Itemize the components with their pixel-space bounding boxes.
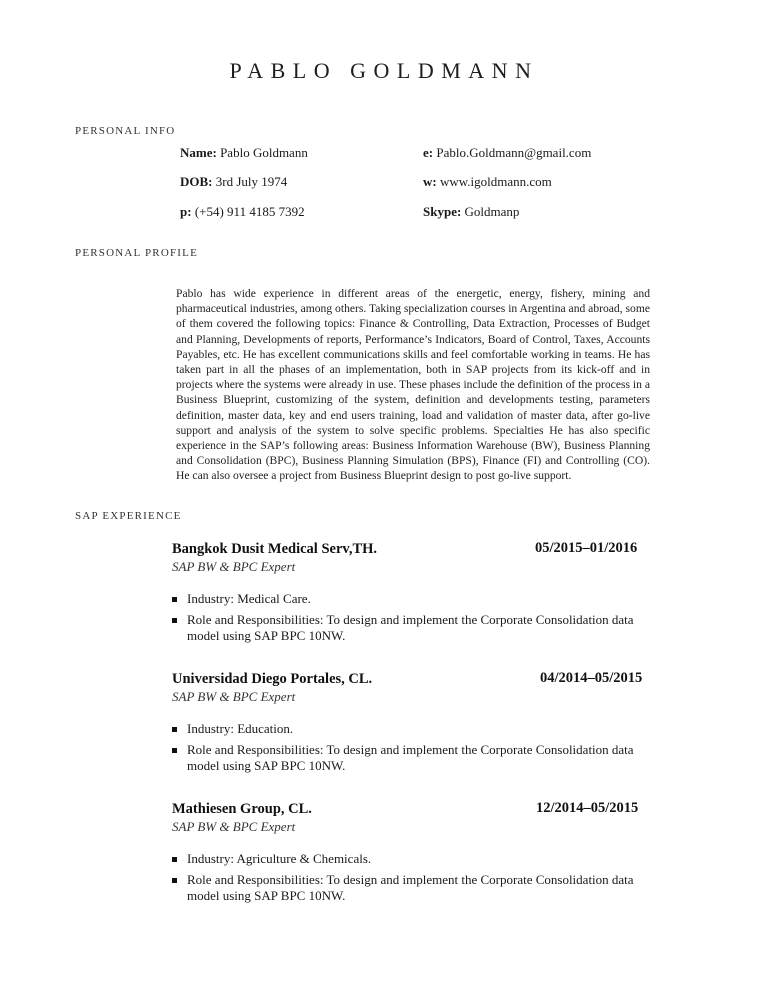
info-email-label: e: — [423, 145, 433, 160]
section-heading-personal-info: PERSONAL INFO — [75, 125, 175, 137]
job-bullet: Industry: Agriculture & Chemicals. — [172, 851, 652, 867]
job-bullet: Role and Responsibilities: To design and… — [172, 612, 652, 644]
profile-paragraph: Pablo has wide experience in different a… — [176, 286, 650, 484]
info-skype-label: Skype: — [423, 204, 461, 219]
section-heading-personal-profile: PERSONAL PROFILE — [75, 247, 198, 259]
info-email: e: Pablo.Goldmann@gmail.com — [423, 145, 591, 161]
info-website-label: w: — [423, 174, 437, 189]
job-role: SAP BW & BPC Expert — [172, 689, 652, 705]
job-company: Mathiesen Group, CL. — [172, 801, 312, 817]
resume-name-title: PABLO GOLDMANN — [0, 58, 768, 84]
job-dates: 12/2014–05/2015 — [536, 800, 638, 817]
info-name: Name: Pablo Goldmann — [180, 145, 308, 161]
info-email-value[interactable]: Pablo.Goldmann@gmail.com — [436, 145, 591, 160]
info-dob: DOB: 3rd July 1974 — [180, 174, 287, 190]
info-phone-label: p: — [180, 204, 192, 219]
info-dob-label: DOB: — [180, 174, 213, 189]
info-name-label: Name: — [180, 145, 217, 160]
job-dates: 05/2015–01/2016 — [535, 540, 637, 557]
info-website: w: www.igoldmann.com — [423, 174, 552, 190]
job-bullet: Industry: Education. — [172, 721, 652, 737]
square-bullet-icon — [172, 618, 177, 623]
info-phone: p: (+54) 911 4185 7392 — [180, 204, 305, 220]
job-bullet-list: Industry: Education. Role and Responsibi… — [172, 721, 652, 774]
job-bullet: Industry: Medical Care. — [172, 591, 652, 607]
info-skype: Skype: Goldmanp — [423, 204, 519, 220]
info-website-value[interactable]: www.igoldmann.com — [440, 174, 552, 189]
square-bullet-icon — [172, 857, 177, 862]
square-bullet-icon — [172, 748, 177, 753]
square-bullet-icon — [172, 597, 177, 602]
section-heading-sap-experience: SAP EXPERIENCE — [75, 510, 182, 522]
info-skype-value: Goldmanp — [465, 204, 520, 219]
job-bullet-list: Industry: Agriculture & Chemicals. Role … — [172, 851, 652, 904]
job-bullet: Role and Responsibilities: To design and… — [172, 742, 652, 774]
job-company: Universidad Diego Portales, CL. — [172, 671, 372, 687]
job-role: SAP BW & BPC Expert — [172, 819, 652, 835]
info-dob-value: 3rd July 1974 — [216, 174, 288, 189]
job-entry: Bangkok Dusit Medical Serv,TH. 05/2015–0… — [172, 540, 652, 649]
job-bullet: Role and Responsibilities: To design and… — [172, 872, 652, 904]
job-entry: Universidad Diego Portales, CL. 04/2014–… — [172, 670, 652, 779]
job-dates: 04/2014–05/2015 — [540, 670, 642, 687]
square-bullet-icon — [172, 878, 177, 883]
square-bullet-icon — [172, 727, 177, 732]
info-name-value: Pablo Goldmann — [220, 145, 308, 160]
job-company: Bangkok Dusit Medical Serv,TH. — [172, 541, 377, 557]
job-bullet-list: Industry: Medical Care. Role and Respons… — [172, 591, 652, 644]
job-role: SAP BW & BPC Expert — [172, 559, 652, 575]
job-entry: Mathiesen Group, CL. 12/2014–05/2015 SAP… — [172, 800, 652, 909]
info-phone-value: (+54) 911 4185 7392 — [195, 204, 305, 219]
